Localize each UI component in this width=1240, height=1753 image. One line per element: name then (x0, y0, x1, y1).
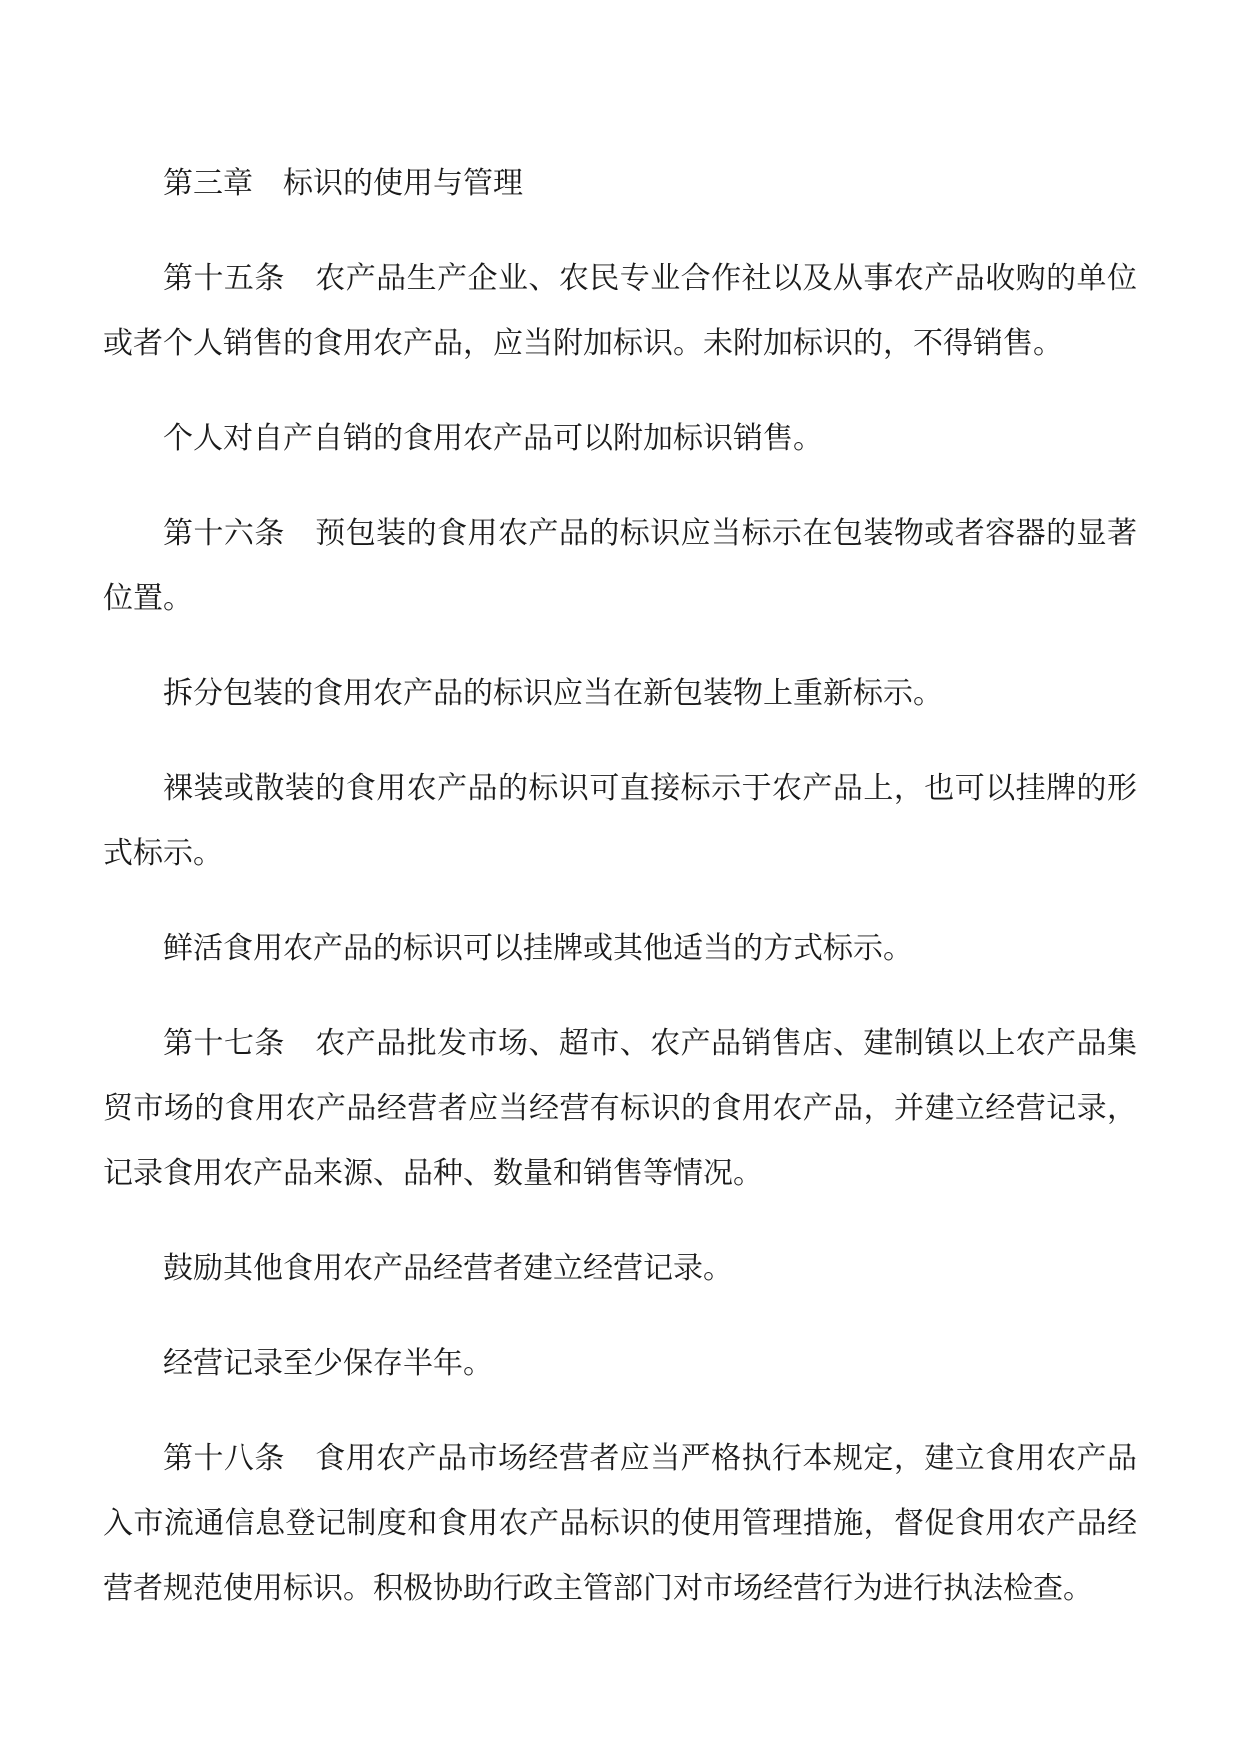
paragraph-article-15: 第十五条 农产品生产企业、农民专业合作社以及从事农产品收购的单位或者个人销售的食… (103, 246, 1137, 376)
paragraph-article-17-clause-2: 鼓励其他食用农产品经营者建立经营记录。 (103, 1236, 1137, 1301)
paragraph-article-17-clause-3: 经营记录至少保存半年。 (103, 1331, 1137, 1396)
paragraph-article-16-clause-3: 裸装或散装的食用农产品的标识可直接标示于农产品上，也可以挂牌的形式标示。 (103, 756, 1137, 886)
paragraph-article-15-clause-2: 个人对自产自销的食用农产品可以附加标识销售。 (103, 406, 1137, 471)
paragraph-article-16: 第十六条 预包装的食用农产品的标识应当标示在包装物或者容器的显著位置。 (103, 501, 1137, 631)
paragraph-article-16-clause-2: 拆分包装的食用农产品的标识应当在新包装物上重新标示。 (103, 661, 1137, 726)
chapter-heading: 第三章 标识的使用与管理 (103, 151, 1137, 216)
paragraph-article-18: 第十八条 食用农产品市场经营者应当严格执行本规定，建立食用农产品入市流通信息登记… (103, 1426, 1137, 1621)
paragraph-article-17: 第十七条 农产品批发市场、超市、农产品销售店、建制镇以上农产品集贸市场的食用农产… (103, 1011, 1137, 1206)
document-page: 第三章 标识的使用与管理 第十五条 农产品生产企业、农民专业合作社以及从事农产品… (0, 0, 1240, 1753)
paragraph-article-16-clause-4: 鲜活食用农产品的标识可以挂牌或其他适当的方式标示。 (103, 916, 1137, 981)
